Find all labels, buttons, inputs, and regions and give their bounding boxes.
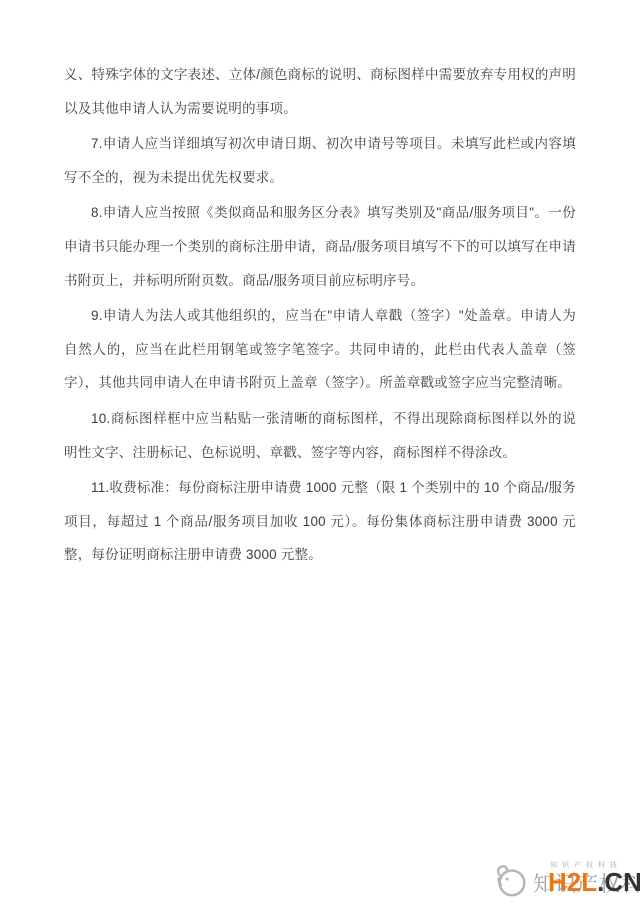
watermark-brand-line: H2L.CN (548, 867, 640, 898)
watermark-domain-suffix: .CN (597, 867, 640, 897)
paragraph-item-9: 9.申请人为法人或其他组织的，应当在"申请人章戳（签字）"处盖章。申请人为自然人… (64, 299, 576, 400)
document-body: 义、特殊字体的文字表述、立体/颜色商标的说明、商标图样中需要放弃专用权的声明以及… (64, 58, 576, 574)
paragraph-item-7: 7.申请人应当详细填写初次申请日期、初次申请号等项目。未填写此栏或内容填写不全的… (64, 127, 576, 194)
paragraph-item-10: 10.商标图样框中应当粘贴一张清晰的商标图样，不得出现除商标图样以外的说明性文字… (64, 402, 576, 469)
watermark-brand: H2L (548, 867, 597, 897)
paragraph-item-8: 8.申请人应当按照《类似商品和服务区分表》填写类别及"商品/服务项目"。一份申请… (64, 196, 576, 297)
watermark: 知识产权科技 知识产权科技 H2L.CN (492, 860, 638, 902)
mascot-icon (492, 862, 530, 900)
paragraph-continuation: 义、特殊字体的文字表述、立体/颜色商标的说明、商标图样中需要放弃专用权的声明以及… (64, 58, 576, 125)
document-page: 义、特殊字体的文字表述、立体/颜色商标的说明、商标图样中需要放弃专用权的声明以及… (0, 0, 640, 906)
paragraph-item-11: 11.收费标准：每份商标注册申请费 1000 元整（限 1 个类别中的 10 个… (64, 471, 576, 572)
